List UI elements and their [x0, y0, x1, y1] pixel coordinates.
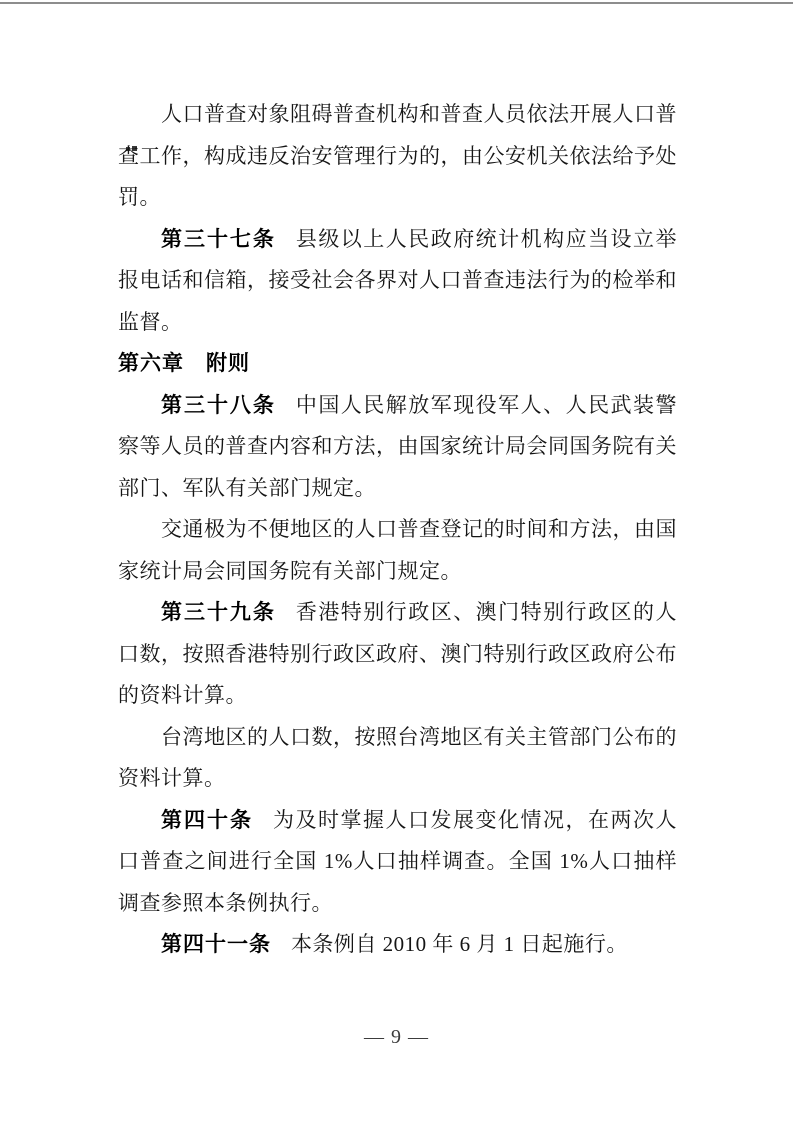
- paragraph: 第三十九条香港特别行政区、澳门特别行政区的人口数，按照香港特别行政区政府、澳门特…: [118, 592, 677, 717]
- scan-edge-artifact: [0, 2, 793, 4]
- chapter-title-text: 第六章 附则: [118, 352, 250, 375]
- page-number: — 9 —: [0, 1026, 793, 1049]
- paragraph: 人口普查对象阻碍普查机构和普查人员依法开展人口普查工作，构成违反治安管理行为的，…: [118, 94, 677, 219]
- paragraph: 第四十条为及时掌握人口发展变化情况，在两次人口普查之间进行全国 1%人口抽样调查…: [118, 800, 677, 925]
- paragraph: 第三十七条县级以上人民政府统计机构应当设立举报电话和信箱，接受社会各界对人口普查…: [118, 219, 677, 344]
- article-number: 第三十八条: [161, 394, 276, 417]
- article-number: 第四十一条: [161, 933, 271, 956]
- document-page: 人口普查对象阻碍普查机构和普查人员依法开展人口普查工作，构成违反治安管理行为的，…: [0, 0, 793, 1122]
- article-number: 第三十七条: [161, 228, 276, 251]
- paragraph: 台湾地区的人口数，按照台湾地区有关主管部门公布的资料计算。: [118, 717, 677, 800]
- paragraph: 第三十八条中国人民解放军现役军人、人民武装警察等人员的普查内容和方法，由国家统计…: [118, 385, 677, 510]
- article-number: 第三十九条: [161, 601, 276, 624]
- document-body: 人口普查对象阻碍普查机构和普查人员依法开展人口普查工作，构成违反治安管理行为的，…: [118, 94, 677, 966]
- article-number: 第四十条: [161, 809, 253, 832]
- paragraph: 第四十一条本条例自 2010 年 6 月 1 日起施行。: [118, 924, 677, 966]
- paragraph: 交通极为不便地区的人口普查登记的时间和方法，由国家统计局会同国务院有关部门规定。: [118, 509, 677, 592]
- chapter-heading: 第六章 附则: [118, 343, 677, 385]
